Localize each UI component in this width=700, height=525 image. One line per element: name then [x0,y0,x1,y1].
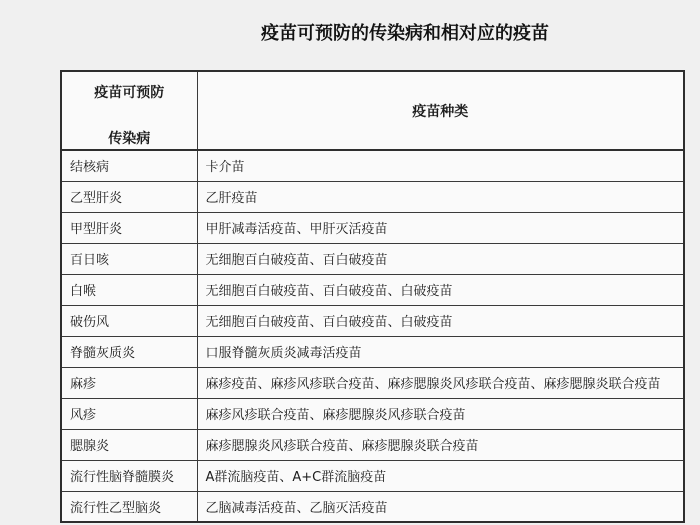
header-disease-column: 疫苗可预防 传染病 [61,71,197,150]
vaccine-cell: 无细胞百白破疫苗、百白破疫苗、白破疫苗 [197,274,684,305]
vaccine-cell: 甲肝减毒活疫苗、甲肝灭活疫苗 [197,212,684,243]
disease-cell: 破伤风 [61,305,197,336]
table-row: 乙型肝炎 乙肝疫苗 [61,181,684,212]
table-row: 白喉 无细胞百白破疫苗、百白破疫苗、白破疫苗 [61,274,684,305]
disease-cell: 乙型肝炎 [61,181,197,212]
vaccine-cell: 口服脊髓灰质炎减毒活疫苗 [197,336,684,367]
disease-cell: 麻疹 [61,367,197,398]
disease-cell: 腮腺炎 [61,429,197,460]
vaccine-cell: 麻疹风疹联合疫苗、麻疹腮腺炎风疹联合疫苗 [197,398,684,429]
disease-cell: 甲型肝炎 [61,212,197,243]
table-row: 流行性脑脊髓膜炎 A群流脑疫苗、A+C群流脑疫苗 [61,460,684,491]
table-row: 麻疹 麻疹疫苗、麻疹风疹联合疫苗、麻疹腮腺炎风疹联合疫苗、麻疹腮腺炎联合疫苗 [61,367,684,398]
disease-cell: 风疹 [61,398,197,429]
table-row: 流行性乙型脑炎 乙脑减毒活疫苗、乙脑灭活疫苗 [61,491,684,522]
vaccine-cell: 无细胞百白破疫苗、百白破疫苗、白破疫苗 [197,305,684,336]
disease-cell: 脊髓灰质炎 [61,336,197,367]
header-vaccine-column: 疫苗种类 [197,71,684,150]
disease-cell: 百日咳 [61,243,197,274]
page-title: 疫苗可预防的传染病和相对应的疫苗 [110,19,700,45]
table-header-row: 疫苗可预防 传染病 疫苗种类 [61,71,684,150]
disease-cell: 流行性乙型脑炎 [61,491,197,522]
vaccine-cell: 麻疹疫苗、麻疹风疹联合疫苗、麻疹腮腺炎风疹联合疫苗、麻疹腮腺炎联合疫苗 [197,367,684,398]
table-row: 脊髓灰质炎 口服脊髓灰质炎减毒活疫苗 [61,336,684,367]
vaccine-cell: 卡介苗 [197,150,684,181]
header-disease-line2: 传染病 [62,128,197,148]
table-row: 破伤风 无细胞百白破疫苗、百白破疫苗、白破疫苗 [61,305,684,336]
vaccine-table: 疫苗可预防 传染病 疫苗种类 结核病 卡介苗 乙型肝炎 乙肝疫苗 甲型肝炎 甲肝… [60,70,685,523]
vaccine-cell: 无细胞百白破疫苗、百白破疫苗 [197,243,684,274]
vaccine-cell: 麻疹腮腺炎风疹联合疫苗、麻疹腮腺炎联合疫苗 [197,429,684,460]
table-row: 腮腺炎 麻疹腮腺炎风疹联合疫苗、麻疹腮腺炎联合疫苗 [61,429,684,460]
table-row: 结核病 卡介苗 [61,150,684,181]
vaccine-cell: 乙脑减毒活疫苗、乙脑灭活疫苗 [197,491,684,522]
disease-cell: 流行性脑脊髓膜炎 [61,460,197,491]
table-row: 甲型肝炎 甲肝减毒活疫苗、甲肝灭活疫苗 [61,212,684,243]
table-row: 风疹 麻疹风疹联合疫苗、麻疹腮腺炎风疹联合疫苗 [61,398,684,429]
disease-cell: 结核病 [61,150,197,181]
vaccine-cell: 乙肝疫苗 [197,181,684,212]
vaccine-cell: A群流脑疫苗、A+C群流脑疫苗 [197,460,684,491]
disease-cell: 白喉 [61,274,197,305]
table-row: 百日咳 无细胞百白破疫苗、百白破疫苗 [61,243,684,274]
header-disease-line1: 疫苗可预防 [62,82,197,102]
